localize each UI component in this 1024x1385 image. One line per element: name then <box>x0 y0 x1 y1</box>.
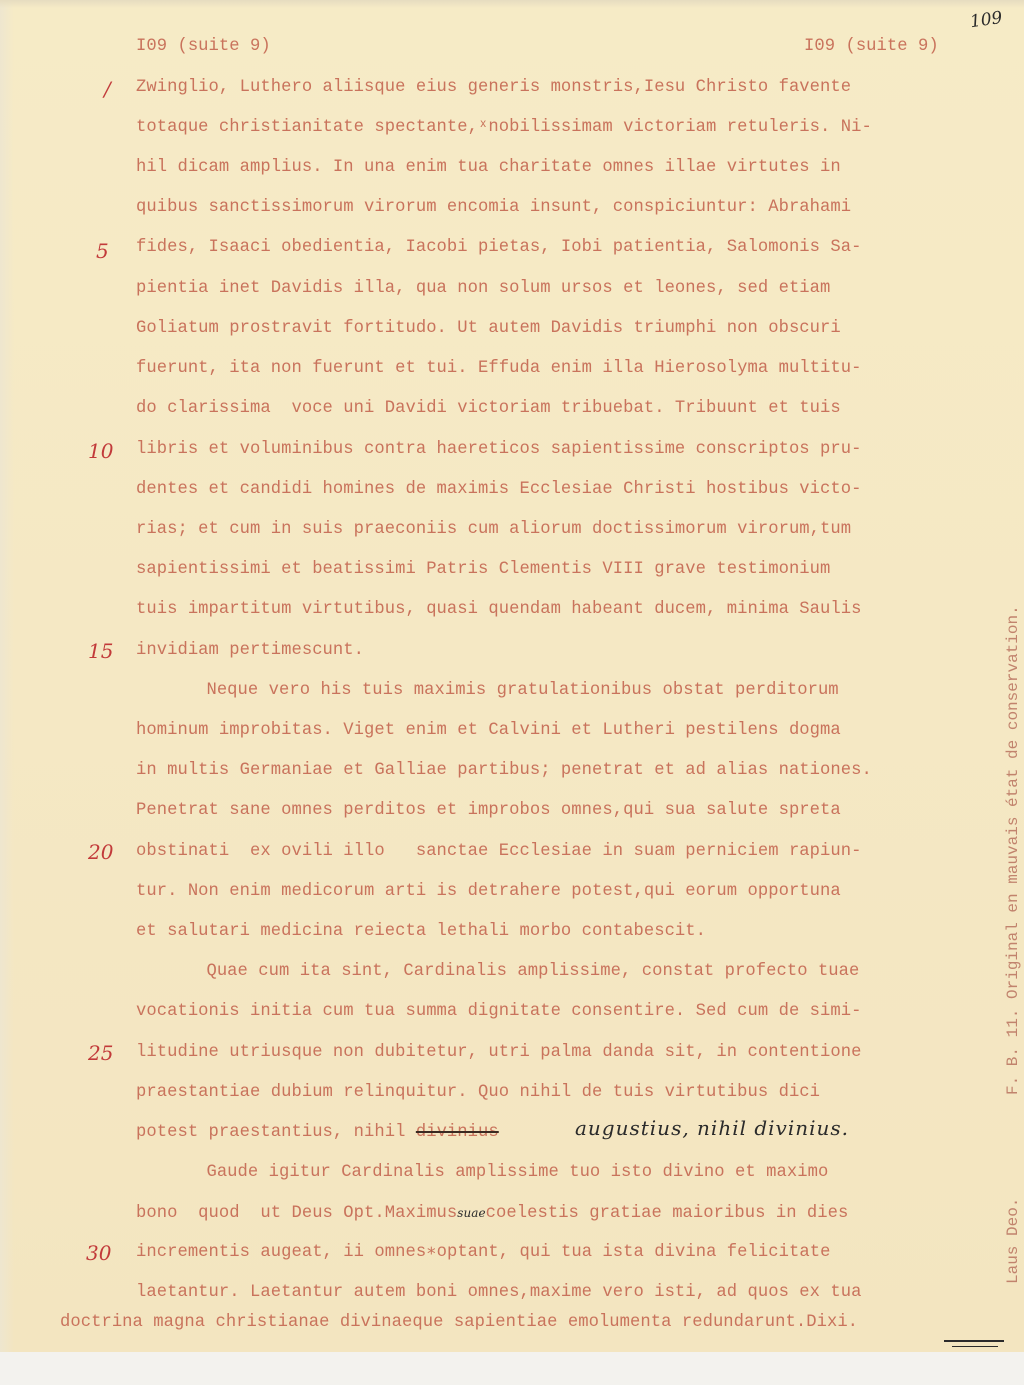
header-right: I09 (suite 9) <box>804 37 939 57</box>
text-line: in multis Germaniae et Galliae partibus;… <box>136 761 872 781</box>
text-line: incrementis augeat, ii omnes∗optant, qui… <box>136 1243 830 1263</box>
struck-word: divinius <box>416 1123 499 1142</box>
text-segment: bono quod ut Deus Opt.Maximus <box>136 1204 457 1223</box>
text-line: tur. Non enim medicorum arti is detraher… <box>136 882 841 902</box>
text-line: litudine utriusque non dubitetur, utri p… <box>136 1043 862 1063</box>
handwritten-folio-number: 109 <box>969 8 1004 32</box>
handwritten-insertion: suae <box>457 1206 485 1220</box>
text-line: fides, Isaaci obedientia, Iacobi pietas,… <box>136 238 862 258</box>
text-line: tuis impartitum virtutibus, quasi quenda… <box>136 600 862 620</box>
text-line: dentes et candidi homines de maximis Ecc… <box>136 480 862 500</box>
text-line: Gaude igitur Cardinalis amplissime tuo i… <box>165 1163 828 1183</box>
text-line: quibus sanctissimorum virorum encomia in… <box>136 198 851 218</box>
margin-number-5: 5 <box>96 241 109 261</box>
text-line: praestantiae dubium relinquitur. Quo nih… <box>136 1083 820 1103</box>
text-line: Neque vero his tuis maximis gratulationi… <box>165 681 839 701</box>
dixi-underline <box>944 1340 1004 1342</box>
margin-number-30: 30 <box>86 1243 111 1263</box>
text-line: vocationis initia cum tua summa dignitat… <box>136 1002 862 1022</box>
text-line: Zwinglio, Luthero aliisque eius generis … <box>136 78 851 98</box>
text-line: hominum improbitas. Viget enim et Calvin… <box>136 721 841 741</box>
text-line: do clarissima voce uni Davidi victoriam … <box>136 399 841 419</box>
page-edge-shadow <box>0 0 1024 8</box>
text-line: potest praestantius, nihil divinius <box>136 1123 499 1143</box>
text-line: rias; et cum in suis praeconiis cum alio… <box>136 520 851 540</box>
text-line: doctrina magna christianae divinaeque sa… <box>60 1313 858 1333</box>
text-line: pientia inet Davidis illa, qua non solum… <box>136 279 830 299</box>
scan-background <box>0 1352 1024 1385</box>
margin-number-25: 25 <box>88 1043 113 1063</box>
text-segment: coelestis gratiae maioribus in dies <box>486 1204 849 1223</box>
text-line: fuerunt, ita non fuerunt et tui. Effuda … <box>136 359 862 379</box>
margin-number-1: / <box>104 79 111 99</box>
text-line: sapientissimi et beatissimi Patris Cleme… <box>136 560 830 580</box>
text-line: Quae cum ita sint, Cardinalis amplissime… <box>165 962 859 982</box>
laus-deo-stamp: Laus Deo. <box>1004 1198 1022 1284</box>
text-line: hil dicam amplius. In una enim tua chari… <box>136 158 841 178</box>
header-left: I09 (suite 9) <box>136 37 271 57</box>
text-line: Goliatum prostravit fortitudo. Ut autem … <box>136 319 841 339</box>
text-line: obstinati ex ovili illo sanctae Ecclesia… <box>136 842 862 862</box>
handwritten-correction: augustius, nihil divinius. <box>575 1116 849 1140</box>
margin-number-15: 15 <box>88 641 113 661</box>
text-line: totaque christianitate spectante,ˣnobili… <box>136 118 872 138</box>
margin-number-10: 10 <box>88 441 113 461</box>
text-segment: potest praestantius, nihil <box>136 1123 416 1142</box>
text-line: Penetrat sane omnes perditos et improbos… <box>136 801 841 821</box>
document-page: I09 (suite 9) I09 (suite 9) 109 / 5 10 1… <box>0 0 1024 1352</box>
text-line: bono quod ut Deus Opt.Maximussuaecoelest… <box>136 1203 848 1224</box>
text-line: invidiam pertimescunt. <box>136 641 364 661</box>
dixi-underline-2 <box>952 1346 998 1347</box>
text-line: et salutari medicina reiecta lethali mor… <box>136 922 706 942</box>
text-line: libris et voluminibus contra haereticos … <box>136 440 862 460</box>
text-line: laetantur. Laetantur autem boni omnes,ma… <box>136 1283 862 1303</box>
margin-number-20: 20 <box>88 842 113 862</box>
conservation-stamp: F. B. 11. Original en mauvais état de co… <box>1004 605 1022 1095</box>
